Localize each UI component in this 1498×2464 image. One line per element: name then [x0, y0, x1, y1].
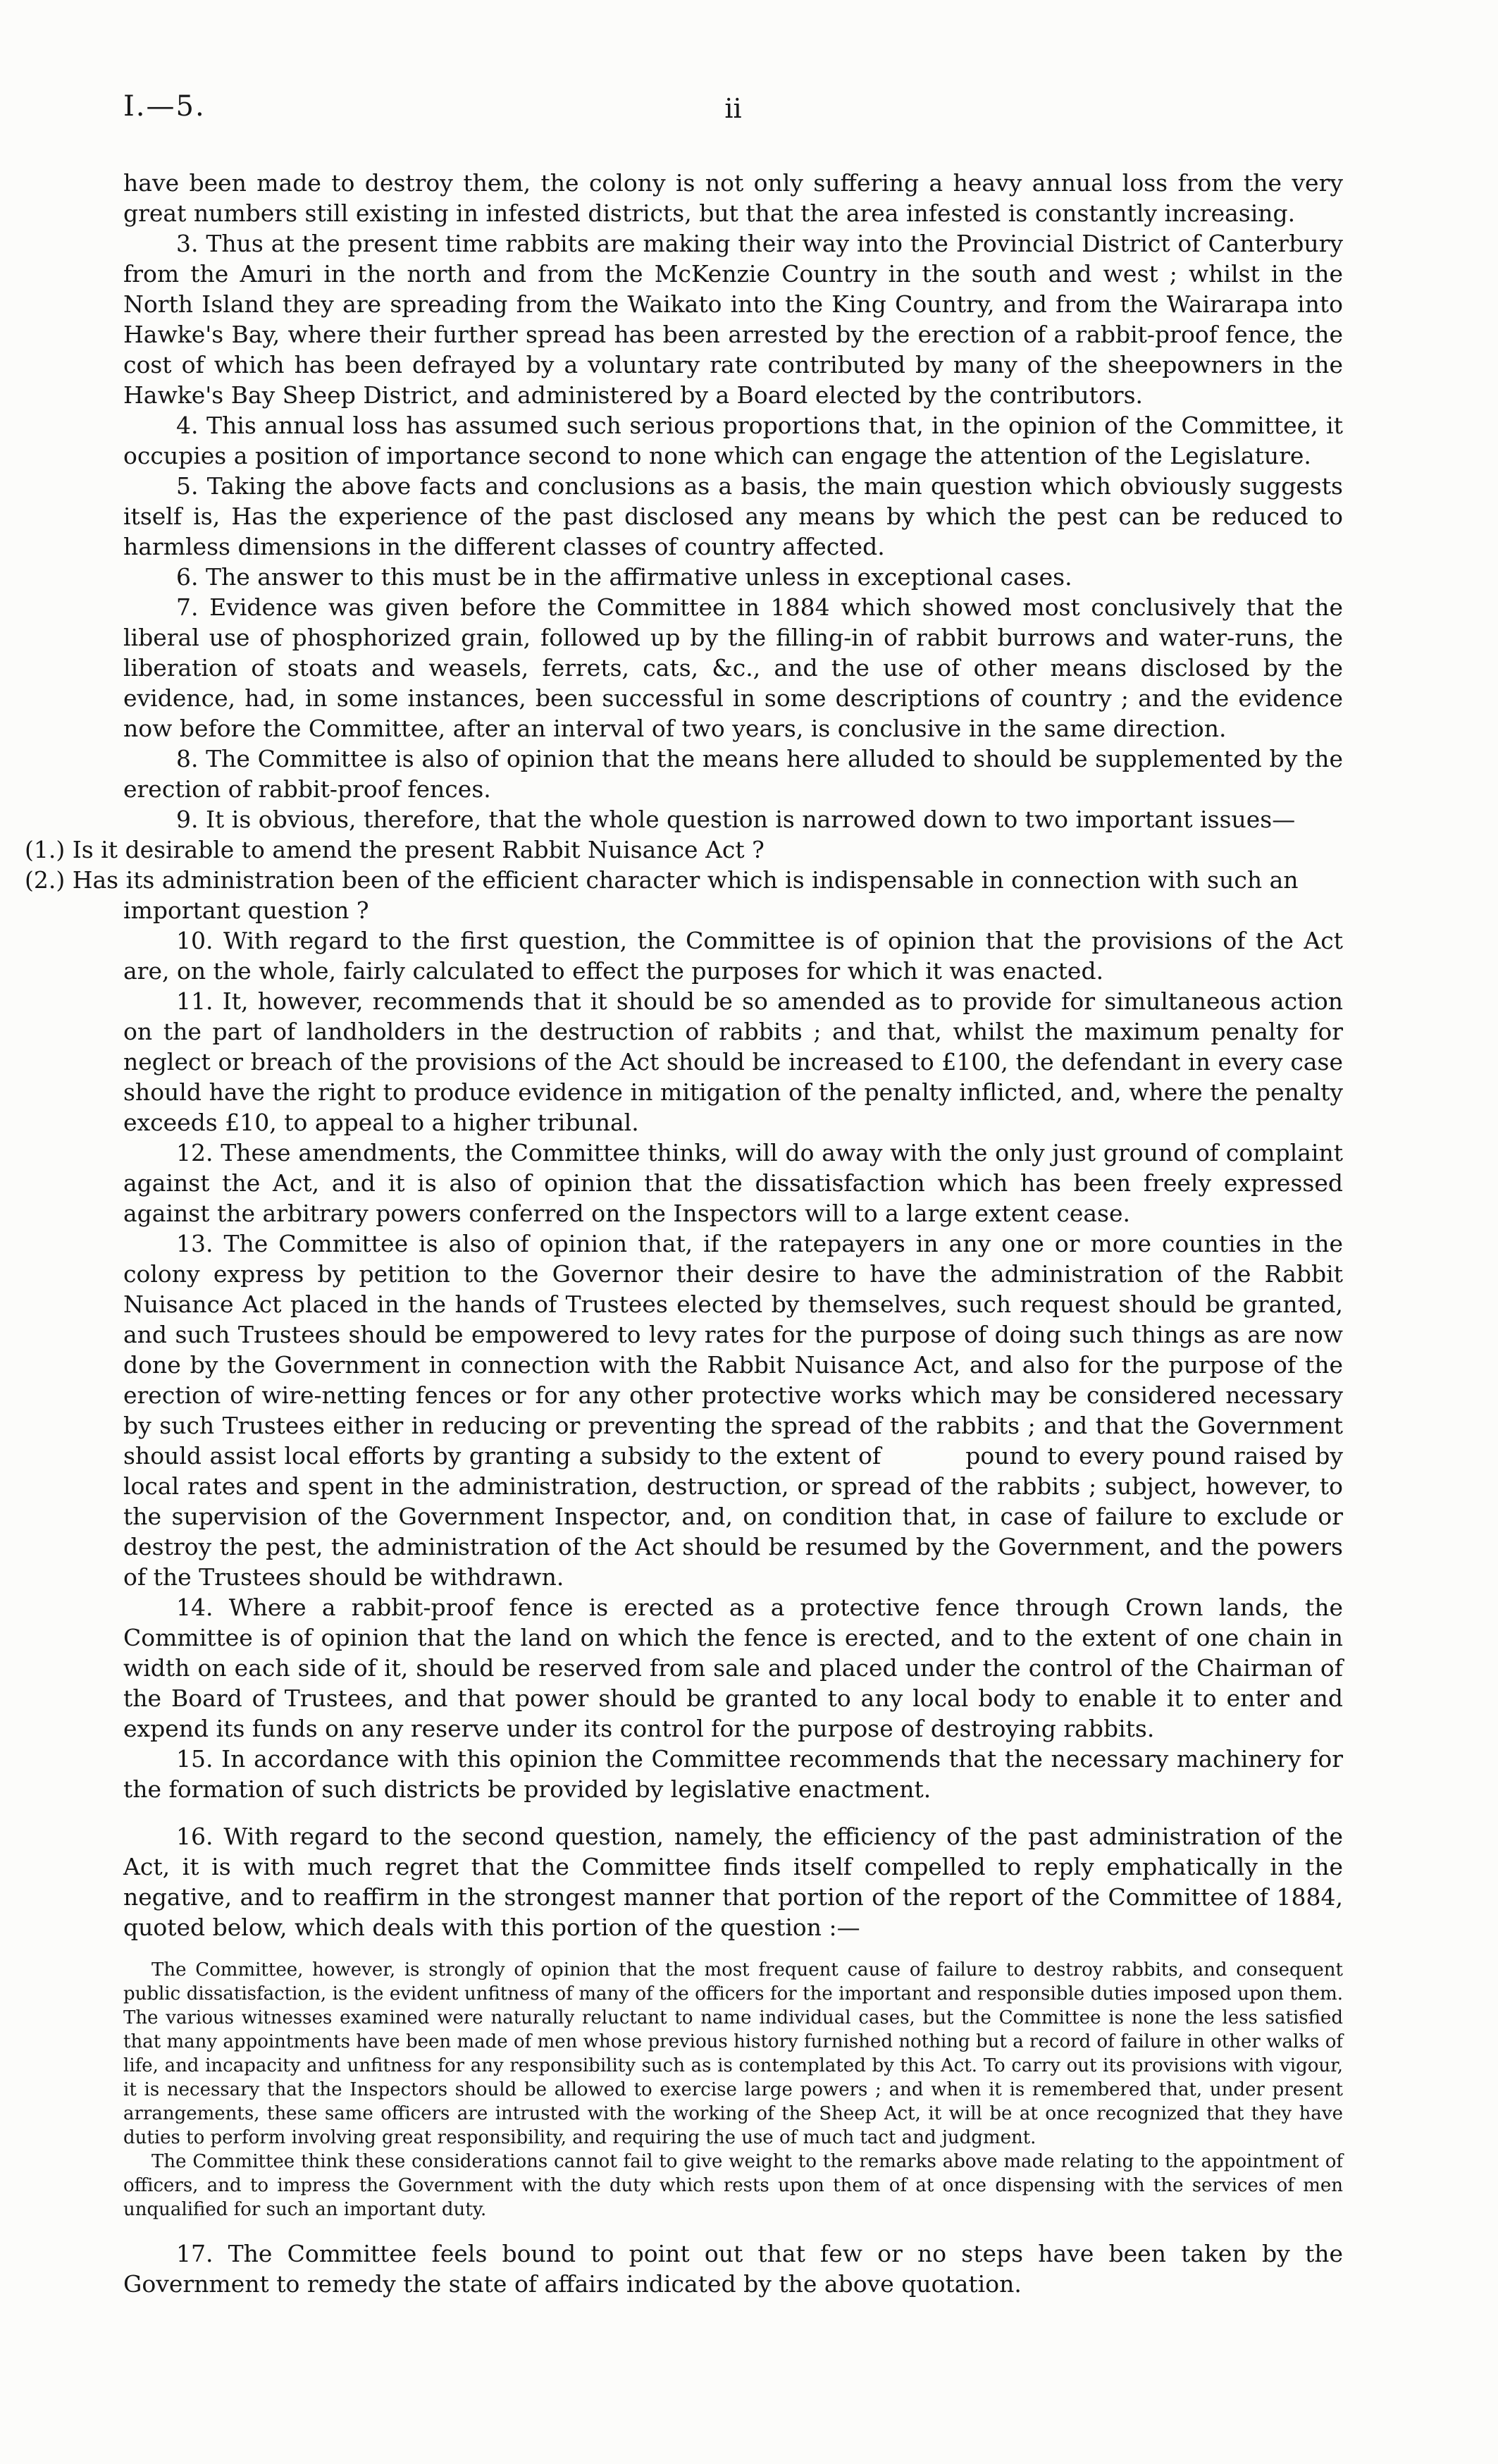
issues-list: (1.) Is it desirable to amend the presen…: [123, 834, 1343, 925]
paragraph-12: 12. These amendments, the Committee thin…: [123, 1138, 1343, 1228]
document-page: I.—5. ii have been made to destroy them,…: [0, 0, 1498, 2464]
paragraph-7: 7. Evidence was given before the Committ…: [123, 592, 1343, 744]
paragraph-15: 15. In accordance with this opinion the …: [123, 1744, 1343, 1804]
paragraph-11: 11. It, however, recommends that it shou…: [123, 986, 1343, 1138]
paragraph-13: 13. The Committee is also of opinion tha…: [123, 1228, 1343, 1592]
paragraph-5: 5. Taking the above facts and conclusion…: [123, 471, 1343, 562]
paragraph-14: 14. Where a rabbit-proof fence is erecte…: [123, 1592, 1343, 1744]
paragraph-16: 16. With regard to the second question, …: [123, 1821, 1343, 1942]
paragraph-6: 6. The answer to this must be in the aff…: [123, 562, 1343, 592]
quote-paragraph-1: The Committee, however, is strongly of o…: [123, 1958, 1343, 2150]
paragraph-17: 17. The Committee feels bound to point o…: [123, 2238, 1343, 2299]
paragraph-13-text-before: 13. The Committee is also of opinion tha…: [123, 1230, 1343, 1470]
paragraph-4: 4. This annual loss has assumed such ser…: [123, 410, 1343, 471]
issue-item-2: (2.) Has its administration been of the …: [123, 865, 1343, 925]
paragraph-3: 3. Thus at the present time rabbits are …: [123, 228, 1343, 410]
page-header: I.—5. ii: [123, 90, 1343, 147]
paragraph-8: 8. The Committee is also of opinion that…: [123, 744, 1343, 804]
paragraph-intro: have been made to destroy them, the colo…: [123, 168, 1343, 228]
issue-item-1: (1.) Is it desirable to amend the presen…: [123, 834, 1343, 865]
quote-block: The Committee, however, is strongly of o…: [123, 1958, 1343, 2222]
paragraph-9: 9. It is obvious, therefore, that the wh…: [123, 804, 1343, 834]
paragraph-10: 10. With regard to the first question, t…: [123, 925, 1343, 986]
document-body: have been made to destroy them, the colo…: [123, 168, 1343, 2299]
quote-paragraph-2: The Committee think these considerations…: [123, 2150, 1343, 2222]
page-number: ii: [123, 93, 1343, 124]
